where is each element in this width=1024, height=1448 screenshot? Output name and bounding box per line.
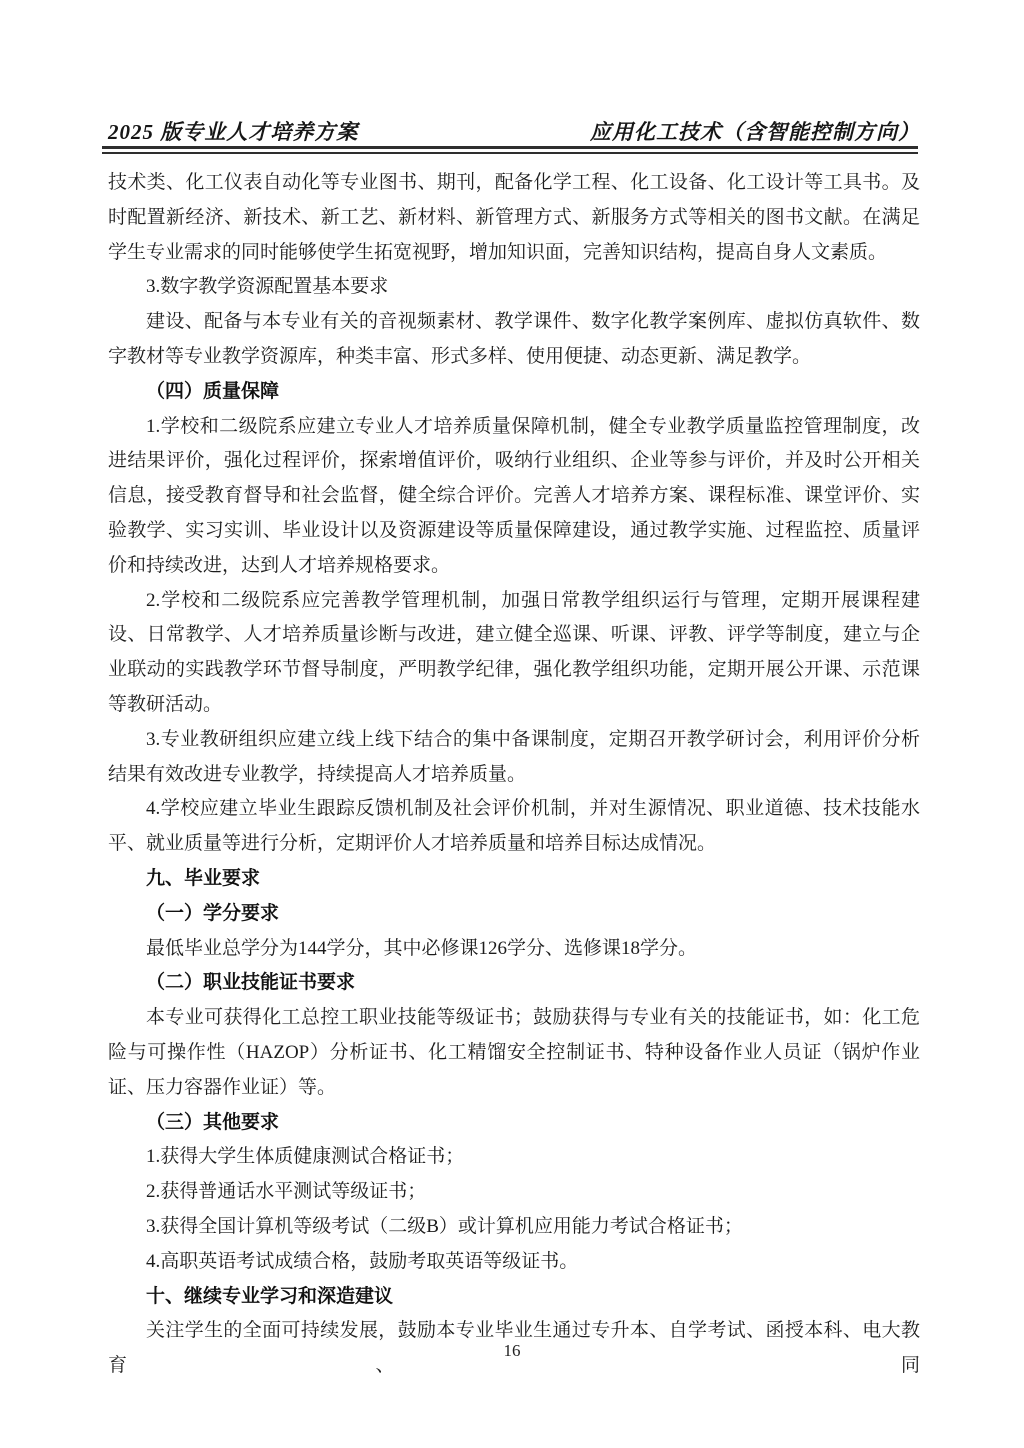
body-paragraph: 3.获得全国计算机等级考试（二级B）或计算机应用能力考试合格证书； [108, 1210, 920, 1245]
body-paragraph: 最低毕业总学分为144学分，其中必修课126学分、选修课18学分。 [108, 932, 920, 967]
body-paragraph: 技术类、化工仪表自动化等专业图书、期刊，配备化学工程、化工设备、化工设计等工具书… [108, 166, 920, 270]
body-paragraph: 建设、配备与本专业有关的音视频素材、教学课件、数字化教学案例库、虚拟仿真软件、数… [108, 305, 920, 375]
body-paragraph: 本专业可获得化工总控工职业技能等级证书；鼓励获得与专业有关的技能证书，如：化工危… [108, 1001, 920, 1105]
body-paragraph: 1.获得大学生体质健康测试合格证书； [108, 1140, 920, 1175]
header-right-title: 应用化工技术（含智能控制方向） [590, 116, 920, 146]
document-page: 2025 版专业人才培养方案 应用化工技术（含智能控制方向） 技术类、化工仪表自… [0, 0, 1024, 1448]
section-heading-certificate-requirements: （二）职业技能证书要求 [108, 966, 920, 1001]
section-heading-credit-requirements: （一）学分要求 [108, 897, 920, 932]
header-double-rule [102, 146, 918, 154]
body-paragraph: 3.专业教研组织应建立线上线下结合的集中备课制度，定期召开教学研讨会，利用评价分… [108, 723, 920, 793]
section-heading-graduation-requirements: 九、毕业要求 [108, 862, 920, 897]
page-number: 16 [504, 1341, 521, 1360]
body-paragraph: 4.学校应建立毕业生跟踪反馈机制及社会评价机制，并对生源情况、职业道德、技术技能… [108, 792, 920, 862]
body-paragraph: 3.数字教学资源配置基本要求 [108, 270, 920, 305]
page-footer: 16 [0, 1341, 1024, 1361]
body-paragraph: 2.获得普通话水平测试等级证书； [108, 1175, 920, 1210]
section-heading-further-study: 十、继续专业学习和深造建议 [108, 1280, 920, 1315]
section-heading-quality-assurance: （四）质量保障 [108, 375, 920, 410]
body-paragraph: 1.学校和二级院系应建立专业人才培养质量保障机制，健全专业教学质量监控管理制度，… [108, 410, 920, 584]
header-left-title: 2025 版专业人才培养方案 [108, 116, 358, 146]
section-heading-other-requirements: （三）其他要求 [108, 1106, 920, 1141]
body-paragraph: 2.学校和二级院系应完善教学管理机制，加强日常教学组织运行与管理，定期开展课程建… [108, 584, 920, 723]
page-header: 2025 版专业人才培养方案 应用化工技术（含智能控制方向） [108, 116, 920, 146]
document-body: 技术类、化工仪表自动化等专业图书、期刊，配备化学工程、化工设备、化工设计等工具书… [108, 166, 920, 1384]
body-paragraph: 4.高职英语考试成绩合格，鼓励考取英语等级证书。 [108, 1245, 920, 1280]
